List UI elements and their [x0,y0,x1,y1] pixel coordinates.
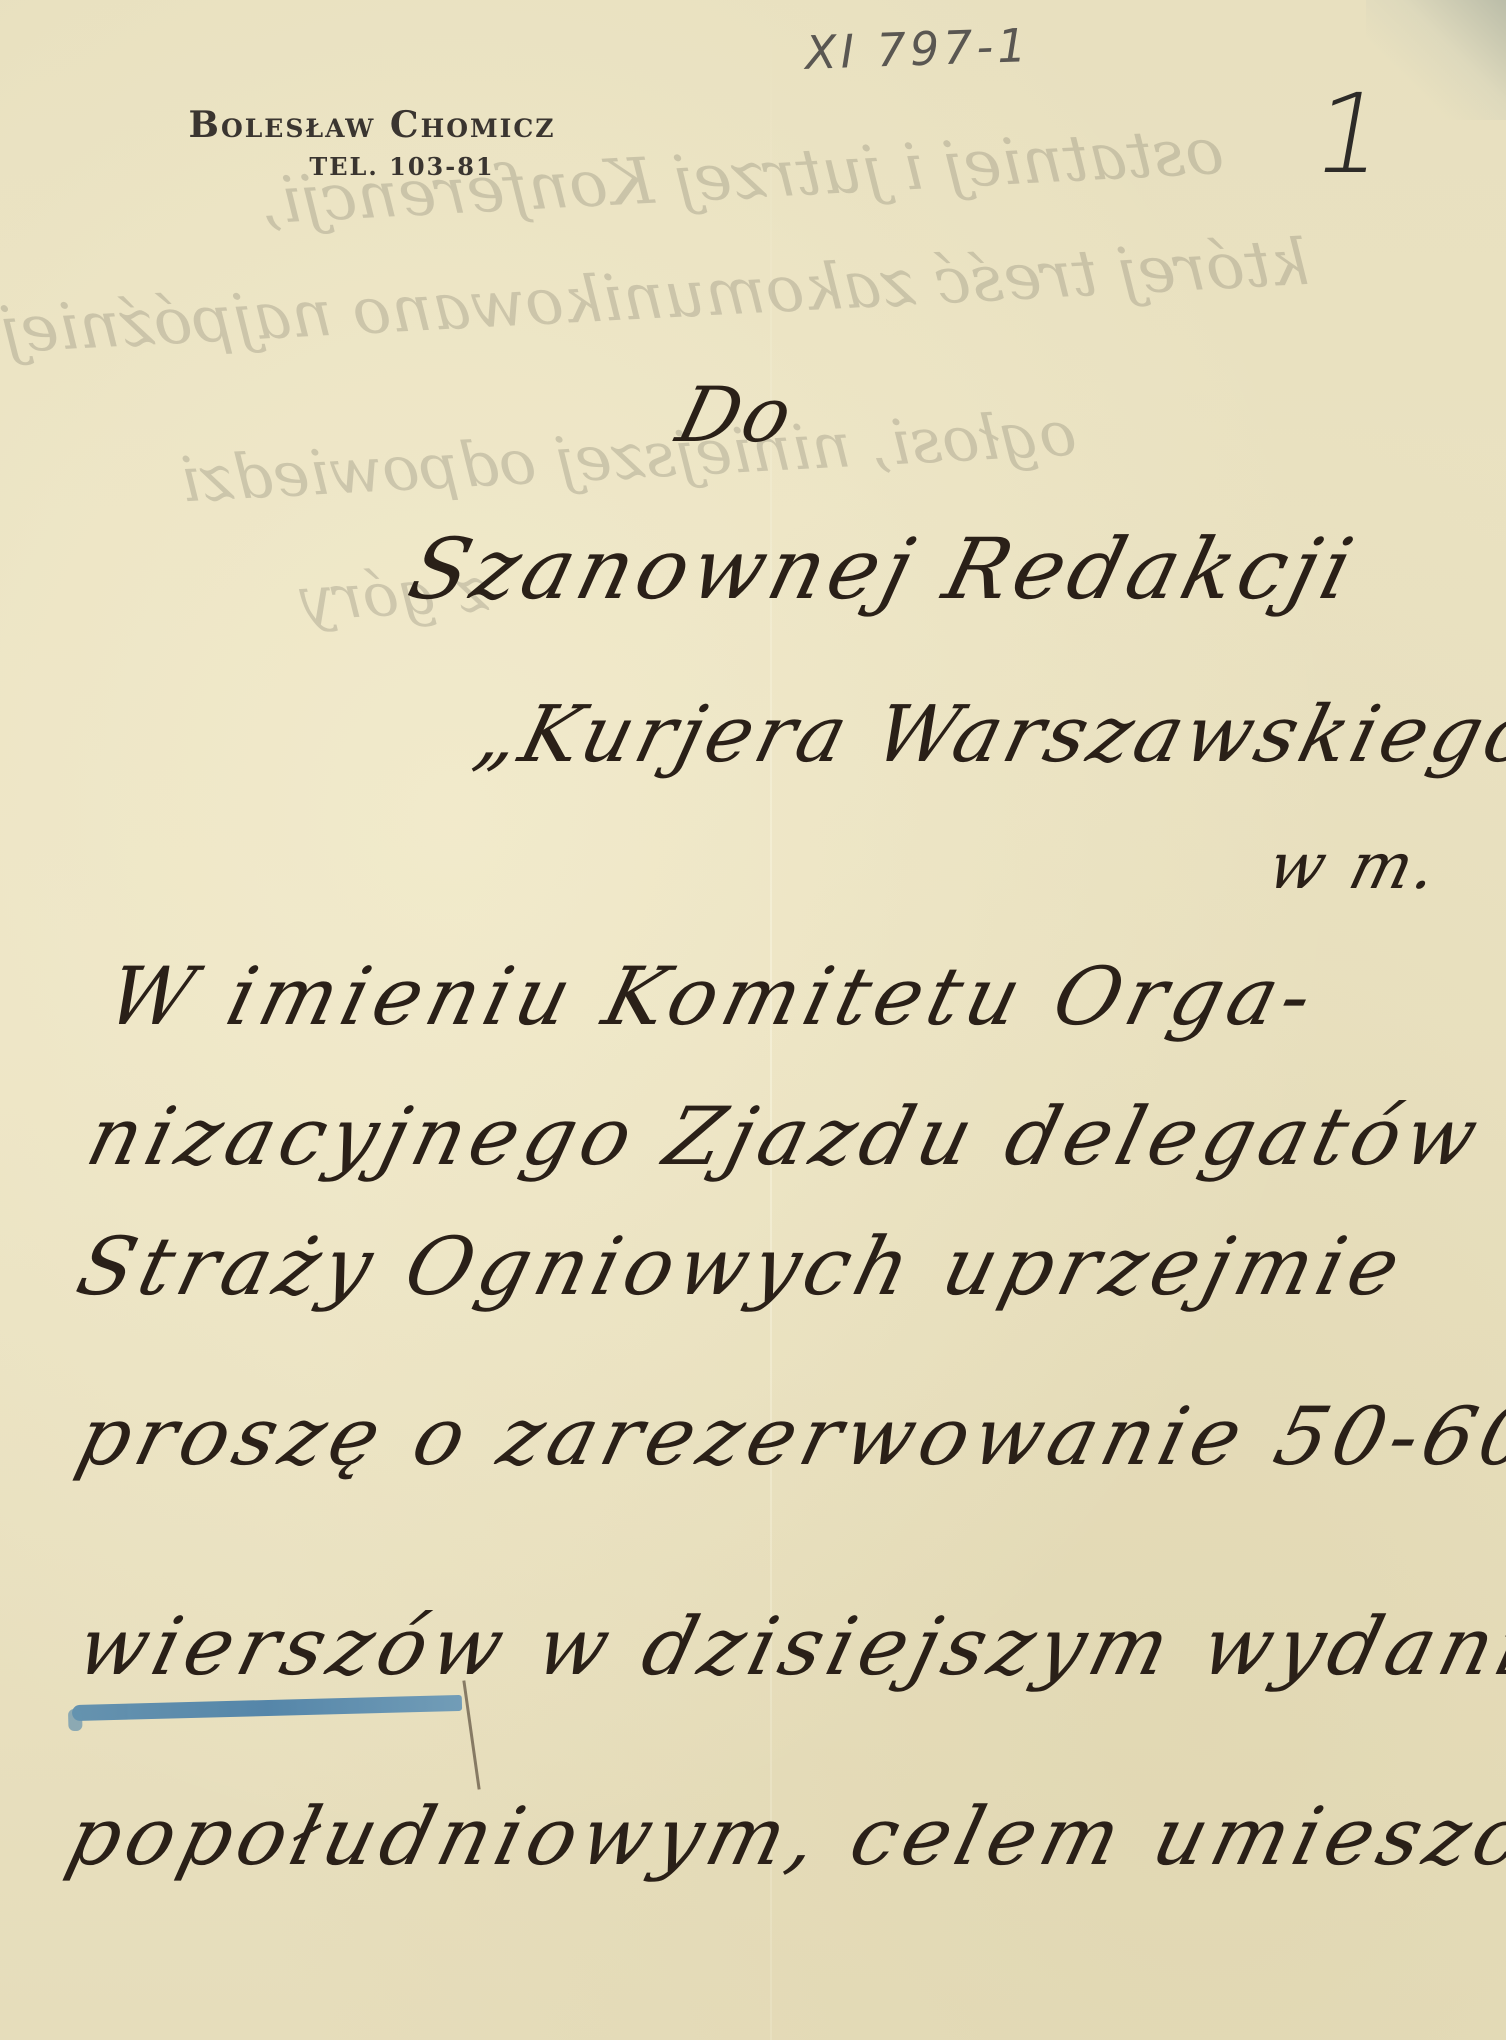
salutation-newspaper: „Kurjera Warszawskiego” [467,690,1506,780]
body-line: nizacyjnego Zjazdu delegatów [78,1090,1492,1183]
letterhead-name: Bolesław Chomicz [72,104,672,146]
salutation-city: w m. [1261,830,1448,904]
letterhead: Bolesław Chomicz TEL. 103-81 [72,104,672,181]
body-line: Straży Ogniowych uprzejmie [68,1220,1414,1313]
body-line: popołudniowym, celem umieszczenia [58,1790,1506,1883]
body-line: W imieniu Komitetu Orga- [98,950,1327,1043]
salutation-to: Do [669,370,804,459]
archive-signature: XI 797-1 [804,18,1031,80]
body-line: proszę o zarezerwowanie 50-60 [68,1390,1506,1483]
body-line: wierszów w dzisiejszym wydaniu [68,1600,1506,1693]
salutation-addressee: Szanownej Redakcji [400,520,1367,618]
letterhead-telephone: TEL. 103-81 [72,152,672,181]
